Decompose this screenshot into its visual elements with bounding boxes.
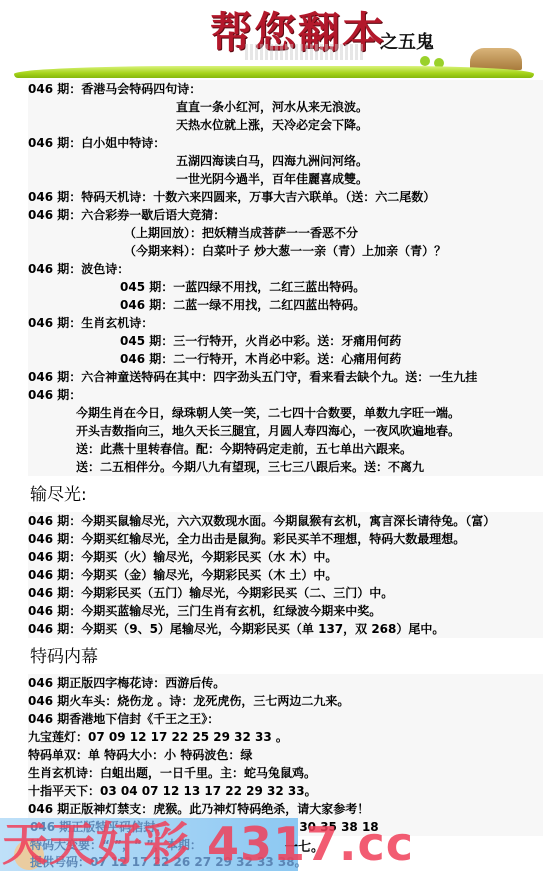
- insider-line: 046 期正版神灯禁支：虎猴。此乃神灯特码绝杀，请大家参考！: [28, 800, 543, 818]
- insider-line: 九宝莲灯：07 09 12 17 22 25 29 32 33 。: [28, 728, 543, 746]
- section-title-lose-all: 输尽光:: [28, 484, 543, 506]
- section-title-insider: 特码内幕: [28, 646, 543, 668]
- poem-heading: 046 期：六合彩券一歇后语大竞猜：: [28, 206, 543, 224]
- poem-line: 045 期：一蓝四绿不用找，二红三蓝出特码。: [28, 278, 543, 296]
- poem-line: 天热水位就上涨，天冷必定会下降。: [28, 116, 543, 134]
- grass-divider: [14, 66, 534, 78]
- insider-line: 046 期正版四字梅花诗：西游后传。: [28, 674, 543, 692]
- poem-line: 046 期：二一行特开，木肖必中彩。送：心痛用何药: [28, 350, 543, 368]
- poem-heading: 046 期：特码天机诗：十数六来四圆来，万事大吉六联单。（送：六二尾数）: [28, 188, 543, 206]
- poem-line: 一世光阴今過半，百年佳麗喜成雙。: [28, 170, 543, 188]
- poem-line: 直直一条小红河，河水从来无浪波。: [28, 98, 543, 116]
- poem-line: 046 期：二蓝一绿不用找，二红四蓝出特码。: [28, 296, 543, 314]
- banner-copyright-blur: [245, 44, 365, 60]
- lose-all-line: 046 期：今期买蓝输尽光，三门生肖有玄机，红绿波今期来中奖。: [28, 602, 543, 620]
- poem-heading: 046 期：香港马会特码四句诗：: [28, 80, 543, 98]
- main-content: 046 期：香港马会特码四句诗： 直直一条小红河，河水从来无浪波。 天热水位就上…: [28, 80, 543, 836]
- lose-all-line: 046 期：今期彩民买（五门）输尽光，今期彩民买（二、三门）中。: [28, 584, 543, 602]
- insider-line: 046 期火车头：烧伤龙 。诗：龙死虎伤，三七两边二九来。: [28, 692, 543, 710]
- poem-line: 送：二五相伴分。今期八九有望现，三七三八跟后来。送：不离九: [28, 458, 543, 476]
- poem-line: （今期来料）：白菜叶子 炒大葱一一亲（青）上加亲（青）？: [28, 242, 543, 260]
- banner-subtitle: 之五鬼: [380, 28, 434, 54]
- poem-heading: 046 期：波色诗：: [28, 260, 543, 278]
- header-banner: 帮您翻本 之五鬼: [0, 0, 548, 80]
- bush-icon: [420, 56, 430, 66]
- poem-heading: 046 期：生肖玄机诗：: [28, 314, 543, 332]
- poem-line: 045 期：三一行特开，火肖必中彩。送：牙痛用何药: [28, 332, 543, 350]
- poem-line: （上期回放）：把妖精当成菩萨一一香恶不分: [28, 224, 543, 242]
- poem-heading: 046 期：白小姐中特诗：: [28, 134, 543, 152]
- lose-all-line: 046 期：今期买鼠输尽光，六六双数现水面。今期鼠猴有玄机，寓言深长请待兔。（富…: [28, 512, 543, 530]
- poem-line: 今期生肖在今日，绿珠朝人笑一笑，二七四十合数要，单数九字旺一端。: [28, 404, 543, 422]
- lose-all-line: 046 期：今期买（金）输尽光，今期彩民买（木 土）中。: [28, 566, 543, 584]
- lose-all-line: 046 期：今期买（火）输尽光，今期彩民买（水 木）中。: [28, 548, 543, 566]
- poem-heading: 046 期：六合神童送特码在其中：四字劲头五门守，看来看去缺个九。送：一生九挂: [28, 368, 543, 386]
- poem-line: 送：此燕十里转春信。配：今期特码定走前，五七单出六跟来。: [28, 440, 543, 458]
- poem-heading: 046 期：: [28, 386, 543, 404]
- watermark-logo[interactable]: 天天好彩 4317.cc: [2, 818, 414, 870]
- insider-line: 生肖玄机诗：白蛆出题，一日千里。主：蛇马兔鼠鸡。: [28, 764, 543, 782]
- poem-line: 五湖四海读白马，四海九洲问河络。: [28, 152, 543, 170]
- insider-line: 特码单双：单 特码大小：小 特码波色：绿: [28, 746, 543, 764]
- insider-line: 十指平天下：03 04 07 12 13 17 22 29 32 33。: [28, 782, 543, 800]
- insider-line: 046 期香港地下信封《千王之王》：: [28, 710, 543, 728]
- lose-all-line: 046 期：今期买红输尽光，全力出击是鼠狗。彩民买羊不理想，特码大数最理想。: [28, 530, 543, 548]
- lose-all-line: 046 期：今期买（9、5）尾输尽光，今期彩民买（单 137，双 268）尾中。: [28, 620, 543, 638]
- poem-line: 开头吉数指向三，地久天长三腿宜，月圆人寿四海心，一夜风吹遍地春。: [28, 422, 543, 440]
